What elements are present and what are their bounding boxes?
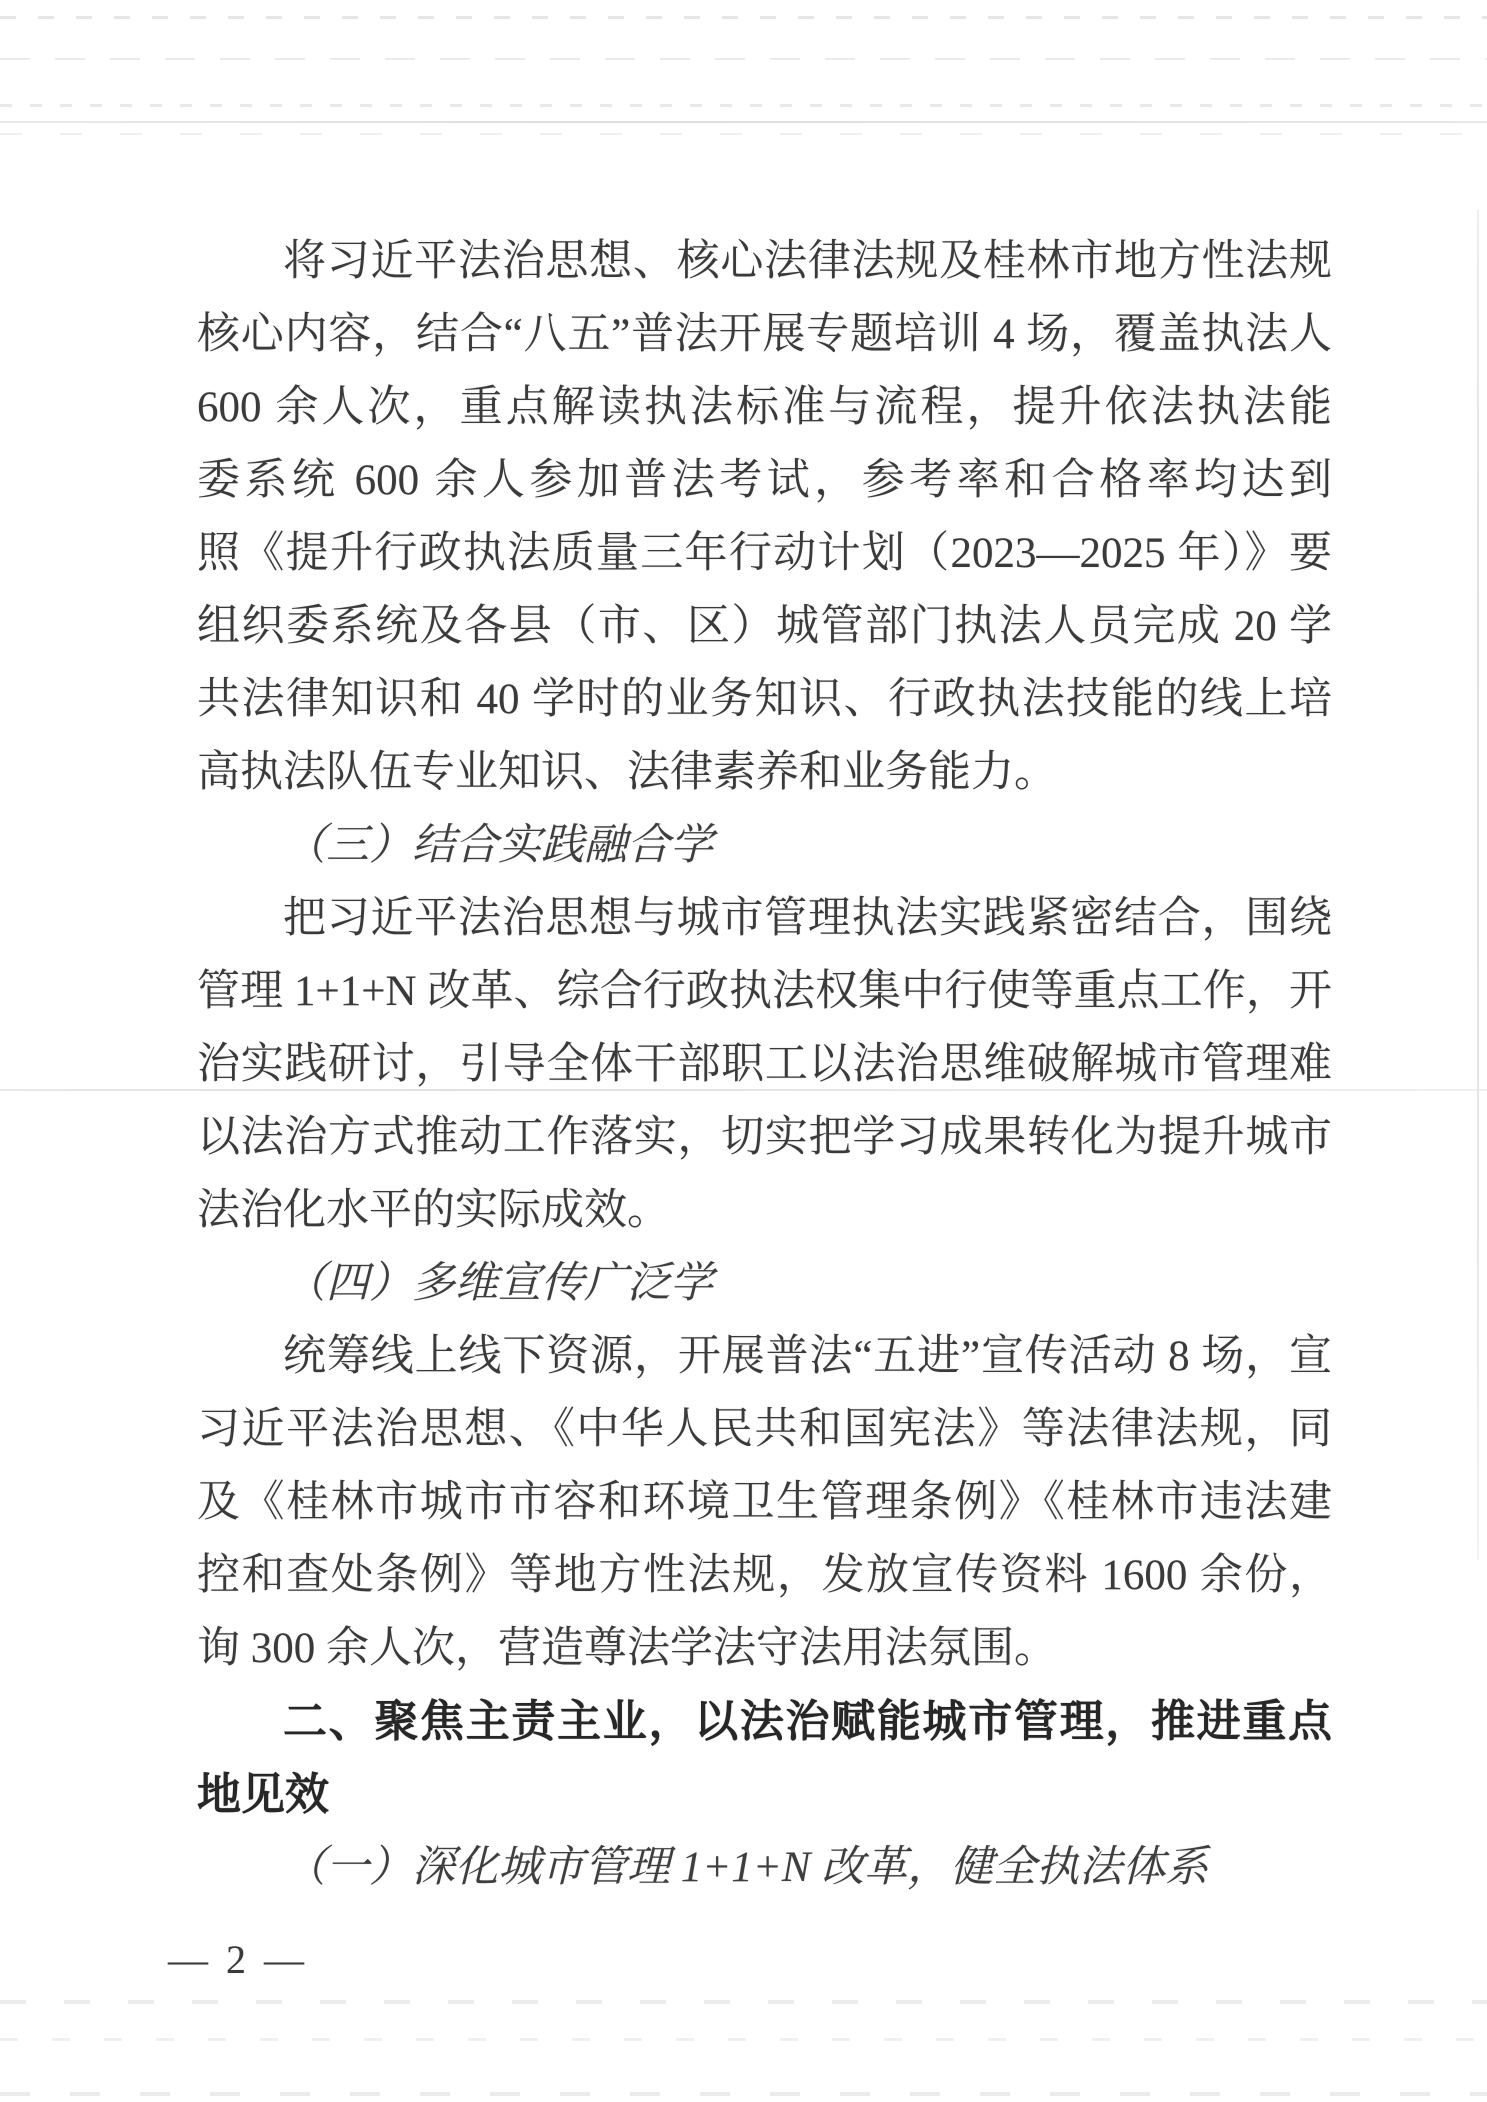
paragraph-line: 组织委系统及各县（市、区）城管部门执法人员完成 20 学时的公 xyxy=(197,590,1332,663)
page-number: — 2 — xyxy=(168,1936,308,1984)
paragraph-line: 及《桂林市城市市容和环境卫生管理条例》《桂林市违法建设防 xyxy=(197,1466,1332,1539)
paragraph-line: 控和查处条例》等地方性法规，发放宣传资料 1600 余份，接受咨 xyxy=(197,1539,1332,1612)
section-heading-1: （一）深化城市管理 1+1+N 改革，健全执法体系 xyxy=(197,1831,1332,1904)
paragraph-line: 询 300 余人次，营造尊法学法守法用法氛围。 xyxy=(197,1612,1332,1685)
paragraph-line: 法治化水平的实际成效。 xyxy=(197,1174,1332,1247)
scanned-document-page: 将习近平法治思想、核心法律法规及桂林市地方性法规纳入 核心内容，结合“八五”普法… xyxy=(0,0,1487,2102)
section-heading-3: （三）结合实践融合学 xyxy=(197,809,1332,882)
paragraph-line: 核心内容，结合“八五”普法开展专题培训 4 场，覆盖执法人员 xyxy=(197,298,1332,371)
scan-noise-bottom-band-3 xyxy=(0,2092,1487,2096)
paragraph-line: 高执法队伍专业知识、法律素养和业务能力。 xyxy=(197,736,1332,809)
paragraph-line: 以法治方式推动工作落实，切实把学习成果转化为提升城市管理 xyxy=(197,1101,1332,1174)
paragraph-line: 把习近平法治思想与城市管理执法实践紧密结合，围绕城市 xyxy=(197,882,1332,955)
scan-noise-bottom-band-2 xyxy=(0,2038,1487,2041)
chapter-heading-2-line-2: 地见效 xyxy=(197,1758,1332,1831)
scan-noise-right-edge-line xyxy=(1477,210,1479,1560)
paragraph-line: 治实践研讨，引导全体干部职工以法治思维破解城市管理难题， xyxy=(197,1028,1332,1101)
scan-noise-bottom-band-1 xyxy=(0,2000,1487,2004)
section-heading-4: （四）多维宣传广泛学 xyxy=(197,1247,1332,1320)
chapter-heading-2-line-1: 二、聚焦主责主业，以法治赋能城市管理，推进重点工作落 xyxy=(197,1685,1332,1758)
paragraph-line: 统筹线上线下资源，开展普法“五进”宣传活动 8 场，宣传 xyxy=(197,1320,1332,1393)
paragraph-line: 习近平法治思想、《中华人民共和国宪法》等法律法规，同步普 xyxy=(197,1393,1332,1466)
document-body: 将习近平法治思想、核心法律法规及桂林市地方性法规纳入 核心内容，结合“八五”普法… xyxy=(197,225,1332,1904)
scan-noise-top-band-3b xyxy=(0,133,1487,135)
paragraph-line: 共法律知识和 40 学时的业务知识、行政执法技能的线上培训，提 xyxy=(197,663,1332,736)
paragraph-line: 照《提升行政执法质量三年行动计划（2023—2025 年）》要求， xyxy=(197,517,1332,590)
scan-noise-top-band-3 xyxy=(0,104,1487,107)
scan-noise-top-band-1 xyxy=(0,16,1487,19)
paragraph-line: 将习近平法治思想、核心法律法规及桂林市地方性法规纳入 xyxy=(197,225,1332,298)
paragraph-line: 委系统 600 余人参加普法考试，参考率和合格率均达到 100%。按 xyxy=(197,444,1332,517)
paragraph-line: 600 余人次，重点解读执法标准与流程，提升依法执法能力。组织 xyxy=(197,371,1332,444)
scan-noise-top-line xyxy=(0,121,1487,123)
scan-noise-top-band-2 xyxy=(0,58,1487,60)
paragraph-line: 管理 1+1+N 改革、综合行政执法权集中行使等重点工作，开展法 xyxy=(197,955,1332,1028)
